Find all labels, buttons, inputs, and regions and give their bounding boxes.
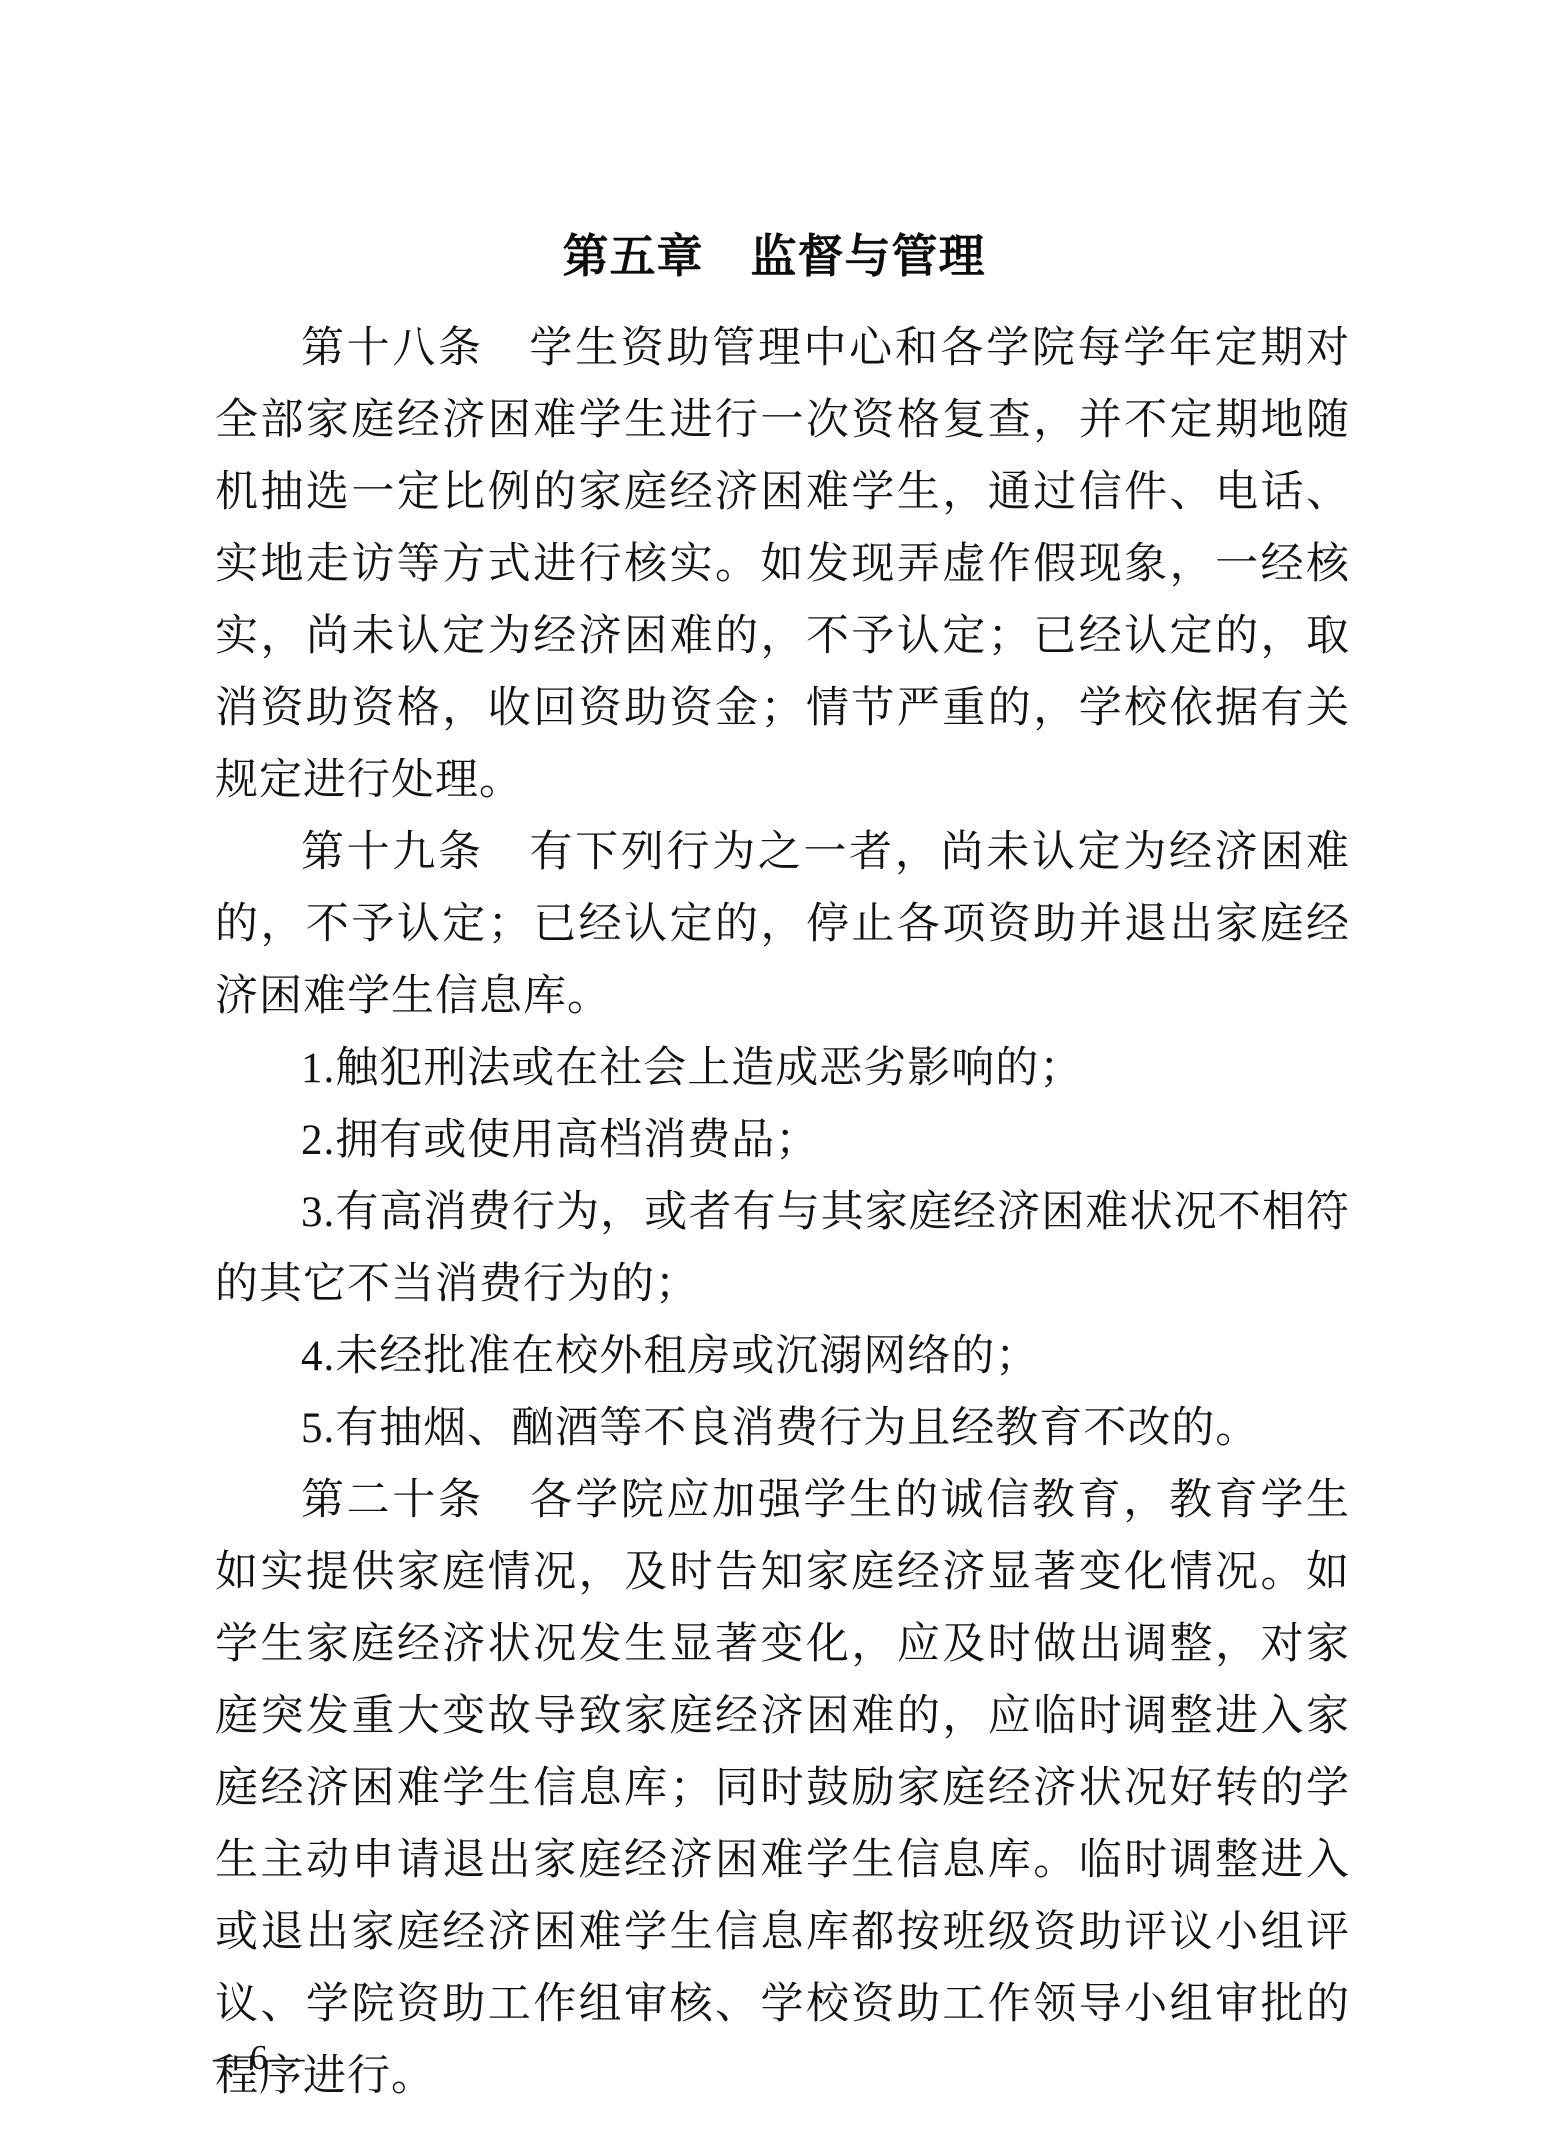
list-item-3: 3.有高消费行为，或者有与其家庭经济困难状况不相符的其它不当消费行为的；: [215, 1177, 1350, 1321]
paragraph-article-19: 第十九条 有下列行为之一者，尚未认定为经济困难的，不予认定；已经认定的，停止各项…: [215, 817, 1350, 1033]
document-body: 第十八条 学生资助管理中心和各学院每学年定期对全部家庭经济困难学生进行一次资格复…: [215, 313, 1350, 2113]
list-item-1: 1.触犯刑法或在社会上造成恶劣影响的；: [215, 1033, 1350, 1105]
page-number: —6—: [213, 2036, 307, 2080]
list-item-2: 2.拥有或使用高档消费品；: [215, 1105, 1350, 1177]
paragraph-article-18: 第十八条 学生资助管理中心和各学院每学年定期对全部家庭经济困难学生进行一次资格复…: [215, 313, 1350, 817]
list-item-5: 5.有抽烟、酗酒等不良消费行为且经教育不改的。: [215, 1393, 1350, 1465]
chapter-title: 第五章 监督与管理: [0, 228, 1548, 284]
list-item-4: 4.未经批准在校外租房或沉溺网络的；: [215, 1321, 1350, 1393]
paragraph-article-20: 第二十条 各学院应加强学生的诚信教育，教育学生如实提供家庭情况，及时告知家庭经济…: [215, 1465, 1350, 2113]
document-page: 第五章 监督与管理 第十八条 学生资助管理中心和各学院每学年定期对全部家庭经济困…: [0, 0, 1548, 2142]
